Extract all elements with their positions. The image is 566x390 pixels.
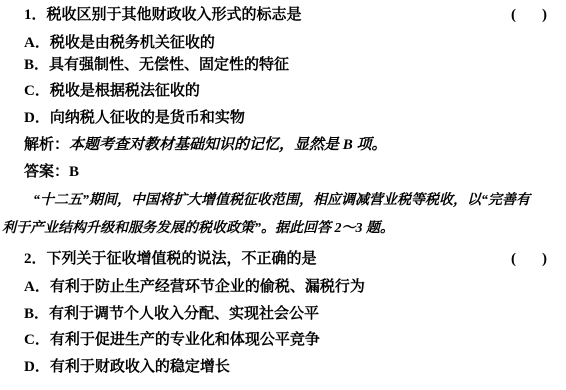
q1-option-a-text: A．税收是由税务机关征收的 <box>24 35 215 51</box>
bracket-close: ) <box>542 249 547 269</box>
q1-stem: 1．税收区别于其他财政收入形式的标志是() <box>0 5 566 25</box>
q2-option-a-text: A．有利于防止生产经营环节企业的偷税、漏税行为 <box>24 279 365 295</box>
q2-option-a: A．有利于防止生产经营环节企业的偷税、漏税行为 <box>0 277 566 297</box>
q2-option-d-text: D．有利于财政收入的稳定增长 <box>24 359 230 375</box>
q1-stem-text: 1．税收区别于其他财政收入形式的标志是 <box>24 7 302 23</box>
q1-answer-text: B <box>69 164 79 180</box>
q2-option-b: B．有利于调节个人收入分配、实现社会公平 <box>0 304 566 324</box>
q2-stem: 2．下列关于征收增值税的说法，不正确的是() <box>0 249 566 269</box>
bracket-open: ( <box>511 5 516 25</box>
q1-analysis-label: 解析： <box>24 137 69 153</box>
q2-option-c: C．有利于促进生产的专业化和体现公平竞争 <box>0 330 566 350</box>
q1-option-c-text: C．税收是根据税法征收的 <box>24 83 200 99</box>
q1-answer: 答案：B <box>0 162 566 182</box>
q1-option-d: D．向纳税人征收的是货币和实物 <box>0 108 566 128</box>
bracket-open: ( <box>511 249 516 269</box>
q1-analysis-text: 本题考查对教材基础知识的记忆，显然是 B 项。 <box>69 137 387 153</box>
document-page: 1．税收区别于其他财政收入形式的标志是()A．税收是由税务机关征收的B．具有强制… <box>0 0 566 390</box>
q2-option-b-text: B．有利于调节个人收入分配、实现社会公平 <box>24 306 319 322</box>
q1-option-a: A．税收是由税务机关征收的 <box>0 33 566 53</box>
q1-option-b-text: B．具有强制性、无偿性、固定性的特征 <box>24 57 289 73</box>
q1-stem-answer-bracket: () <box>511 5 547 25</box>
q2-option-c-text: C．有利于促进生产的专业化和体现公平竞争 <box>24 332 320 348</box>
q1-answer-label: 答案： <box>24 164 69 180</box>
q1-option-c: C．税收是根据税法征收的 <box>0 81 566 101</box>
passage-line-2-text: 利于产业结构升级和服务发展的税收政策”。据此回答 2～3 题。 <box>2 221 394 236</box>
passage-line-1-text: “十二五”期间，中国将扩大增值税征收范围，相应调减营业税等税收，以“完善有 <box>33 193 530 208</box>
q2-stem-text: 2．下列关于征收增值税的说法，不正确的是 <box>24 251 317 267</box>
passage-line-2: 利于产业结构升级和服务发展的税收政策”。据此回答 2～3 题。 <box>0 219 566 239</box>
q1-option-d-text: D．向纳税人征收的是货币和实物 <box>24 110 245 126</box>
q1-option-b: B．具有强制性、无偿性、固定性的特征 <box>0 55 566 75</box>
q2-option-d: D．有利于财政收入的稳定增长 <box>0 357 566 377</box>
q1-analysis: 解析：本题考查对教材基础知识的记忆，显然是 B 项。 <box>0 135 566 155</box>
bracket-close: ) <box>542 5 547 25</box>
passage-line-1: “十二五”期间，中国将扩大增值税征收范围，相应调减营业税等税收，以“完善有 <box>0 191 566 211</box>
q2-stem-answer-bracket: () <box>511 249 547 269</box>
